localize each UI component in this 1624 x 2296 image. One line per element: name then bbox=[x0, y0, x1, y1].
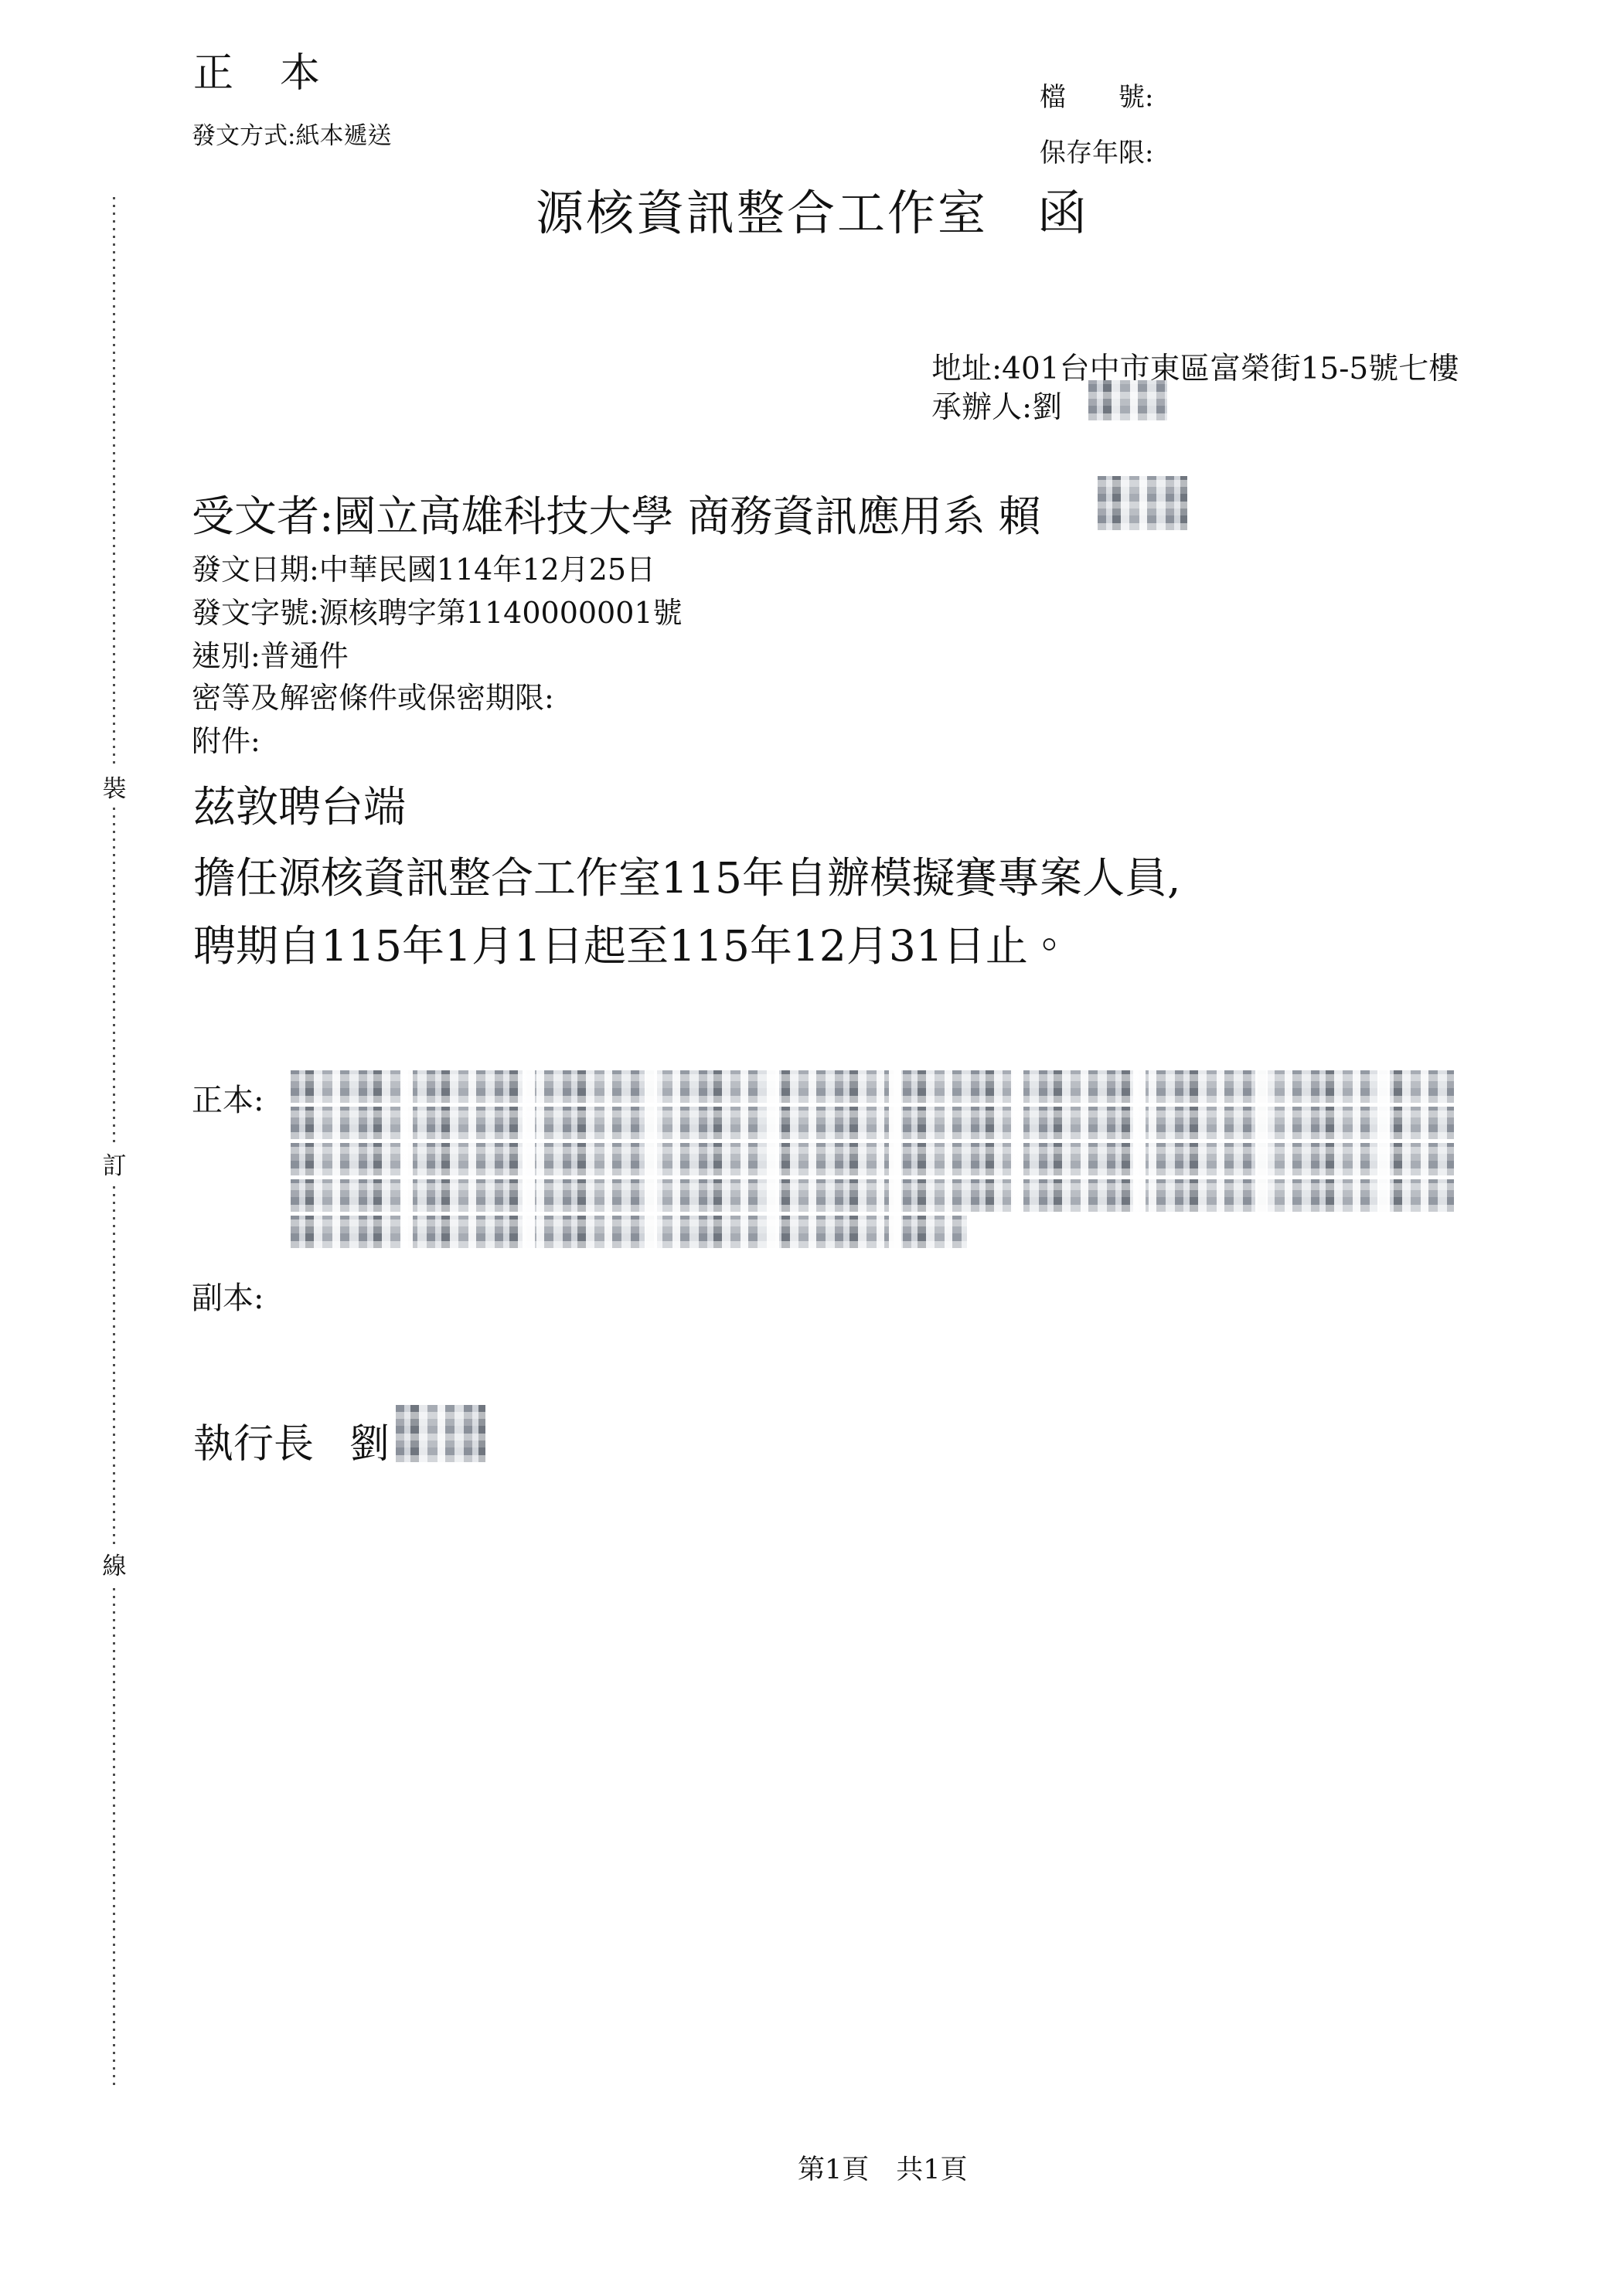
recipient-line: 受文者:國立高雄科技大學 商務資訊應用系 賴 bbox=[192, 482, 1041, 543]
binding-mark-xian: 線 bbox=[101, 1544, 128, 1583]
binding-mark-ding: 訂 bbox=[101, 1144, 128, 1183]
redacted-contact-name bbox=[1088, 380, 1167, 420]
binding-dotted-line bbox=[113, 197, 115, 2087]
retention-period-label: 保存年限: bbox=[1040, 131, 1153, 169]
contact-person: 承辦人:劉 bbox=[931, 383, 1062, 427]
binding-mark-zhuang: 裝 bbox=[101, 767, 128, 806]
body-line-1: 茲敦聘台端 bbox=[193, 773, 406, 834]
priority-level: 速別:普通件 bbox=[192, 632, 349, 675]
delivery-method: 發文方式:紙本遞送 bbox=[192, 116, 391, 151]
redacted-recipient-list-line-4 bbox=[291, 1179, 1454, 1212]
sent-date: 發文日期:中華民國114年12月25日 bbox=[192, 546, 655, 588]
body-line-2: 擔任源核資訊整合工作室115年自辦模擬賽專案人員, bbox=[193, 844, 1180, 905]
document-title: 源核資訊整合工作室 函 bbox=[0, 175, 1624, 243]
redacted-recipient-name bbox=[1098, 476, 1187, 530]
body-line-3: 聘期自115年1月1日起至115年12月31日止。 bbox=[193, 912, 1071, 973]
copy-type-label: 正 本 bbox=[193, 40, 323, 98]
signer-title: 執行長 bbox=[193, 1411, 314, 1469]
official-letter-page: 正 本 發文方式:紙本遞送 檔 號: 保存年限: 源核資訊整合工作室 函 地址:… bbox=[0, 0, 1624, 2296]
redacted-recipient-list-line-2 bbox=[291, 1107, 1454, 1139]
redacted-signer-name bbox=[396, 1405, 485, 1462]
redacted-recipient-list-line-1 bbox=[291, 1070, 1454, 1103]
file-number-label: 檔 號: bbox=[1040, 76, 1153, 114]
signer-surname: 劉 bbox=[349, 1411, 390, 1469]
redacted-recipient-list-line-5 bbox=[291, 1216, 967, 1248]
attachment-label: 附件: bbox=[192, 717, 260, 760]
classification-line: 密等及解密條件或保密期限: bbox=[192, 674, 554, 716]
page-footer: 第1頁 共1頁 bbox=[798, 2148, 968, 2187]
redacted-recipient-list-line-3 bbox=[291, 1143, 1454, 1175]
original-copy-label: 正本: bbox=[192, 1076, 264, 1120]
carbon-copy-label: 副本: bbox=[192, 1274, 264, 1318]
document-number: 發文字號:源核聘字第1140000001號 bbox=[192, 589, 683, 631]
sender-address: 地址:401台中市東區富榮街15-5號七樓 bbox=[931, 345, 1459, 388]
